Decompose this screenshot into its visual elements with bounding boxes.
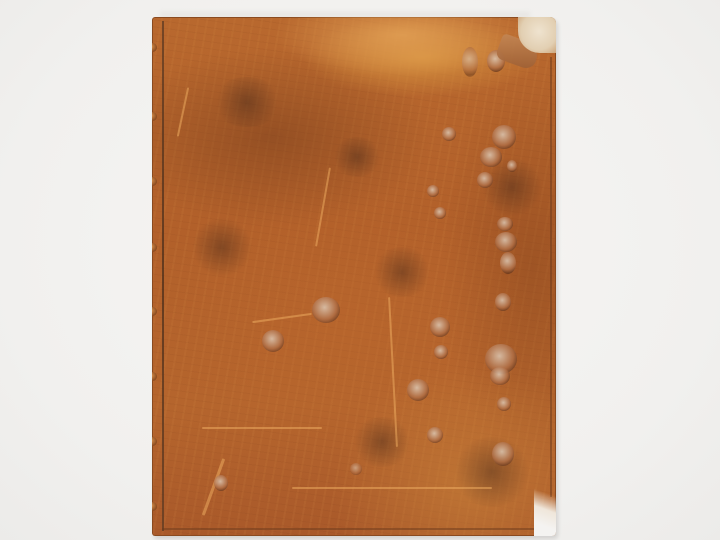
water-stain-spot <box>477 172 493 188</box>
water-stain-spot <box>492 442 514 466</box>
spine-band <box>152 112 157 121</box>
right-edge-line <box>550 57 552 497</box>
scratch <box>315 167 331 246</box>
water-stain-spot <box>497 397 511 411</box>
water-stain-spot <box>434 207 446 219</box>
scratch <box>292 487 492 489</box>
water-stain-spot <box>497 217 513 231</box>
water-stain-spot <box>312 297 340 323</box>
water-stain-spot <box>495 232 517 252</box>
spine-band <box>152 243 157 252</box>
spine-band <box>152 307 157 316</box>
water-stain-spot <box>427 185 439 197</box>
water-stain-spot <box>462 47 478 77</box>
water-stain-spot <box>507 160 517 172</box>
water-stain-spot <box>500 252 516 274</box>
dark-mottle <box>212 77 282 127</box>
water-stain-spot <box>407 379 429 401</box>
scratch <box>177 87 189 136</box>
spine-band <box>152 502 157 511</box>
dark-mottle <box>352 417 412 467</box>
spine-band <box>152 177 157 186</box>
water-stain-spot <box>430 317 450 337</box>
frayed-bottom-corner <box>534 476 556 536</box>
water-stain-spot <box>262 330 284 352</box>
spine-band <box>152 372 157 381</box>
scratch <box>202 427 322 429</box>
dark-mottle <box>452 437 532 507</box>
water-stain-spot <box>442 127 456 141</box>
water-stain-spot <box>350 463 362 475</box>
spine-band <box>152 437 157 446</box>
water-stain-spot <box>495 293 511 311</box>
dark-mottle <box>192 217 252 277</box>
water-stain-spot <box>214 475 228 491</box>
water-stain-spot <box>434 345 448 359</box>
spine-hinge-line <box>162 21 164 531</box>
dark-mottle <box>332 137 382 177</box>
spine-band <box>152 43 157 52</box>
bottom-edge-line <box>162 528 536 530</box>
water-stain-spot <box>492 125 516 149</box>
leather-book-cover <box>152 17 556 536</box>
scratch <box>252 313 312 323</box>
water-stain-spot <box>480 147 502 167</box>
dark-mottle <box>372 247 432 297</box>
water-stain-spot <box>490 367 510 385</box>
water-stain-spot <box>427 427 443 443</box>
